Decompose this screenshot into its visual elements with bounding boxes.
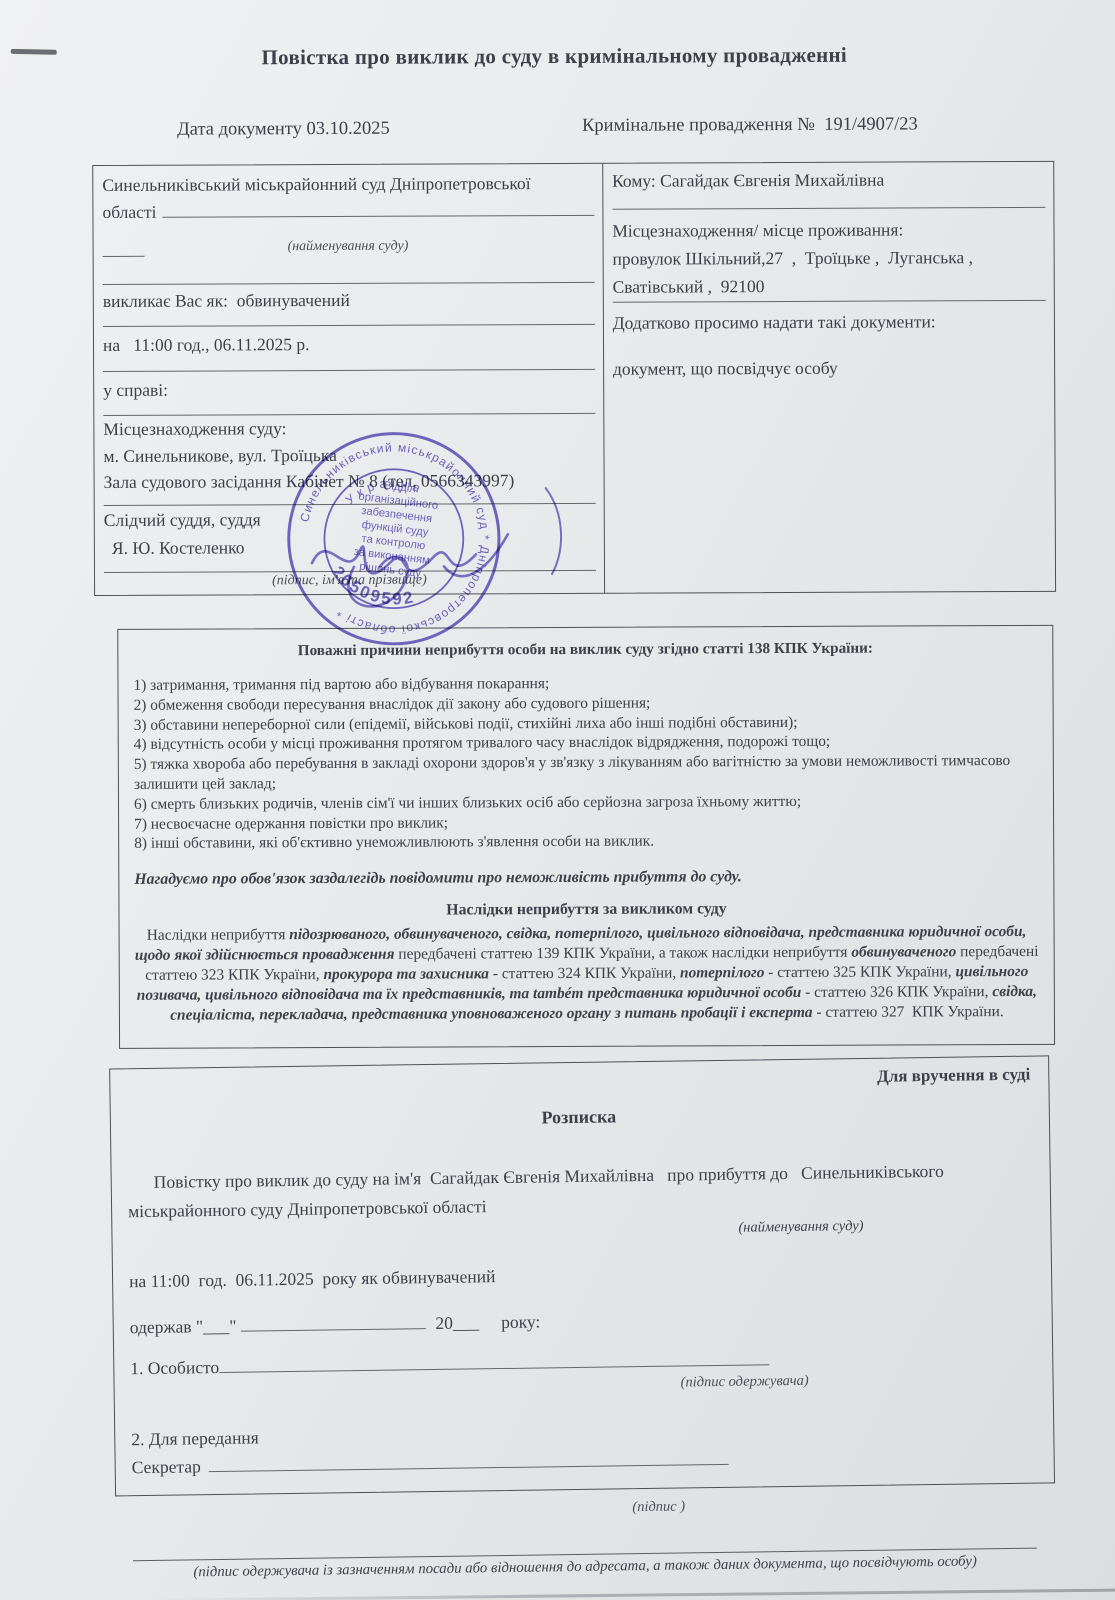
personally-caption: (підпис одержувача) [680,1370,1034,1392]
blank-line [612,184,1045,210]
blank-line [240,1310,425,1331]
court-name-line1: Синельниківський міськрайонний суд Дніпр… [102,169,594,199]
secretary-caption: (підпис ) [632,1493,1036,1516]
receipt-corner-label: Для вручення в суді [126,1065,1030,1098]
page-title: Повістка про виклик до суду в кримінальн… [0,42,1112,72]
blank-line [103,305,595,327]
documents-request-value: документ, що посвідчує особу [613,357,1046,380]
receipt-body: Повістку про виклик до суду на ім'я Сага… [128,1156,1033,1227]
blank-line [613,281,1046,303]
blank-line [162,197,594,217]
paper-edge-shadow [153,1589,1115,1600]
receipt-heading: Розписка [127,1101,1031,1135]
recipient-column: Кому: Сагайдак Євгенія Михайлівна Місцез… [602,162,1055,593]
secretary-label: Секретар [132,1456,201,1478]
address-label: Місцезнаходження/ місце проживання: [612,219,1045,242]
blank-line [103,394,595,416]
reasons-list: 1) затримання, тримання під вартою або в… [133,672,1038,854]
received-date-row: одержав "___" 20___ року: [130,1302,1034,1338]
receipt-time-line: на 11:00 год. 06.11.2025 року як обвинув… [129,1259,1033,1293]
list-item: 8) інші обставини, які об'єктивно унемож… [134,830,1038,854]
signature-line [209,1446,729,1472]
receipt-box: Для вручення в суді Розписка Повістку пр… [109,1055,1055,1496]
address-line1: провулок Шкільний,27 , Троїцьке , Луганс… [612,247,1045,270]
judge-signature [294,470,595,651]
receipt-court-caption: (найменування суду) [738,1216,1032,1237]
received-suffix: року: [501,1311,540,1333]
reasons-box: Поважні причини неприбуття особи на викл… [117,625,1055,1049]
consequences-paragraph: Наслідки неприбуття підозрюваного, обвин… [135,922,1039,1026]
list-item: 5) тяжка хвороба або перебування в закла… [134,751,1038,795]
reminder-note: Нагадуємо про обов'язок заздалегідь пові… [134,866,1038,890]
document-date: Дата документу 03.10.2025 [177,119,390,141]
consequences-heading: Наслідки неприбуття за викликом суду [134,898,1038,922]
blank-line [103,264,595,285]
documents-request-label: Додатково просимо надати такі документи: [613,311,1046,334]
personally-label: 1. Особисто [130,1357,219,1379]
signature-line [219,1347,769,1373]
received-year: 20___ [435,1312,479,1334]
court-name-line2: області [102,197,594,227]
received-prefix: одержав "___" [130,1315,237,1337]
case-number: Кримінальне провадження № 191/4907/23 [582,114,918,136]
scanned-court-summons-page: Повістка про виклик до суду в кримінальн… [0,0,1115,1600]
blank-line [103,350,595,372]
court-name-caption: (найменування суду) [94,238,603,256]
